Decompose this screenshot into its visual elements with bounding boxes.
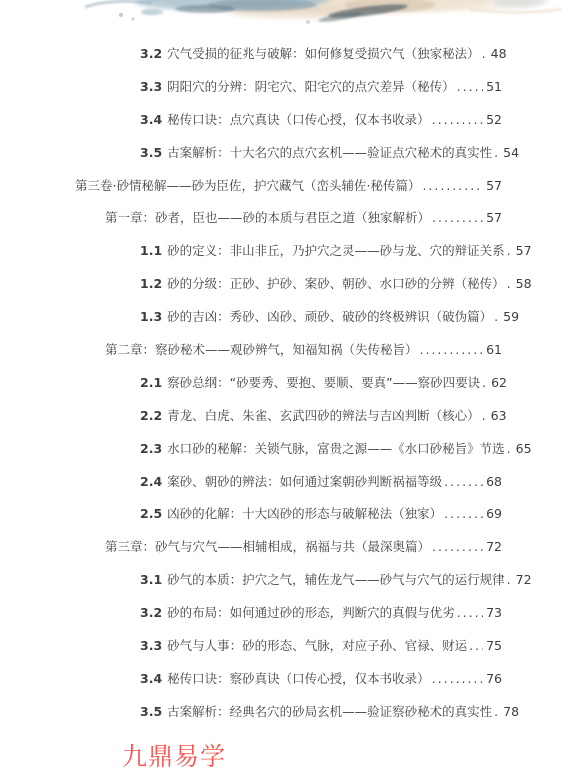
toc-page-number: 58 bbox=[516, 268, 532, 301]
toc-dot-leader: ........................................… bbox=[432, 202, 483, 235]
toc-entry[interactable]: 3.5 古案解析：十大名穴的点穴玄机——验证点穴秘术的真实性 .........… bbox=[0, 137, 502, 170]
toc-dot-leader: ........................................… bbox=[457, 597, 483, 630]
toc-entry-title: 秘传口诀：察砂真诀（口传心授，仅本书收录） bbox=[167, 663, 430, 696]
toc-dot-leader: ........................................… bbox=[494, 696, 500, 729]
toc-entry-number: 3.2 bbox=[140, 597, 162, 630]
toc-entry-title: 第一章：砂者，臣也——砂的本质与君臣之道（独家解析） bbox=[105, 202, 430, 235]
toc-entry-number: 1.3 bbox=[140, 301, 162, 334]
toc-entry-number: 2.5 bbox=[140, 498, 162, 531]
toc-entry-number: 3.4 bbox=[140, 663, 162, 696]
toc-entry-title: 砂气的本质：护穴之气，辅佐龙气——砂气与穴气的运行规律 bbox=[167, 564, 505, 597]
toc-page-number: 57 bbox=[486, 202, 502, 235]
toc-entry-title: 古案解析：十大名穴的点穴玄机——验证点穴秘术的真实性 bbox=[167, 137, 492, 170]
toc-dot-leader: ........................................… bbox=[432, 663, 483, 696]
toc-entry-number: 1.1 bbox=[140, 235, 162, 268]
toc-entry-title: 古案解析：经典名穴的砂局玄机——验证察砂秘术的真实性 bbox=[167, 696, 492, 729]
toc-entry-number: 3.1 bbox=[140, 564, 162, 597]
toc-dot-leader: ........................................… bbox=[457, 71, 483, 104]
toc-entry-number: 1.2 bbox=[140, 268, 162, 301]
toc-dot-leader: ........................................… bbox=[469, 630, 483, 663]
toc-page-number: 57 bbox=[486, 170, 502, 203]
toc-dot-leader: ........................................… bbox=[444, 466, 483, 499]
toc-entry-title: 砂的布局：如何通过砂的形态，判断穴的真假与优劣 bbox=[167, 597, 455, 630]
toc-entry[interactable]: 1.1 砂的定义：非山非丘，乃护穴之灵——砂与龙、穴的辩证关系 ........… bbox=[0, 235, 502, 268]
watermark-logo: 九鼎易学 bbox=[122, 737, 226, 773]
toc-page-number: 73 bbox=[486, 597, 502, 630]
toc-entry-title: 青龙、白虎、朱雀、玄武四砂的辨法与吉凶判断（核心） bbox=[167, 400, 480, 433]
toc-entry-number: 2.3 bbox=[140, 433, 162, 466]
toc-dot-leader: ........................................… bbox=[507, 433, 513, 466]
toc-page-number: 69 bbox=[486, 498, 502, 531]
toc-page-number: 51 bbox=[486, 71, 502, 104]
toc-entry-title: 案砂、朝砂的辨法：如何通过案朝砂判断祸福等级 bbox=[167, 466, 442, 499]
toc-page-number: 62 bbox=[491, 367, 507, 400]
toc-page-number: 59 bbox=[503, 301, 519, 334]
toc-entry[interactable]: 3.1 砂气的本质：护穴之气，辅佐龙气——砂气与穴气的运行规律 ........… bbox=[0, 564, 502, 597]
toc-entry[interactable]: 3.5 古案解析：经典名穴的砂局玄机——验证察砂秘术的真实性 .........… bbox=[0, 696, 502, 729]
toc-entry-title: 凶砂的化解：十大凶砂的形态与破解秘法（独家） bbox=[167, 498, 442, 531]
toc-dot-leader: ........................................… bbox=[507, 564, 513, 597]
toc-entry[interactable]: 3.2 穴气受损的征兆与破解：如何修复受损穴气（独家秘法） ..........… bbox=[0, 38, 502, 71]
toc-entry-title: 阴阳穴的分辨：阴宅穴、阳宅穴的点穴差异（秘传） bbox=[167, 71, 455, 104]
toc-dot-leader: ........................................… bbox=[422, 170, 483, 203]
toc-entry-number: 3.5 bbox=[140, 137, 162, 170]
toc-page-number: 78 bbox=[503, 696, 519, 729]
toc-entry-number: 3.3 bbox=[140, 71, 162, 104]
toc-dot-leader: ........................................… bbox=[420, 334, 484, 367]
toc-page-number: 68 bbox=[486, 466, 502, 499]
toc-entry[interactable]: 3.3 阴阳穴的分辨：阴宅穴、阳宅穴的点穴差异（秘传） ............… bbox=[0, 71, 502, 104]
toc-entry[interactable]: 第三卷·砂情秘解——砂为臣佐，护穴藏气（峦头辅佐·秘传篇） ..........… bbox=[0, 170, 502, 203]
toc-entry-number: 3.3 bbox=[140, 630, 162, 663]
toc-page-number: 52 bbox=[486, 104, 502, 137]
toc-page-number: 65 bbox=[516, 433, 532, 466]
toc-entry[interactable]: 2.1 察砂总纲：“砂要秀、要抱、要顺、要真”——察砂四要诀 .........… bbox=[0, 367, 502, 400]
toc-entry-title: 砂的分级：正砂、护砂、案砂、朝砂、水口砂的分辨（秘传） bbox=[167, 268, 505, 301]
toc-entry-title: 水口砂的秘解：关锁气脉，富贵之源——《水口砂秘旨》节选 bbox=[167, 433, 505, 466]
toc-entry[interactable]: 3.4 秘传口诀：点穴真诀（口传心授，仅本书收录） ..............… bbox=[0, 104, 502, 137]
toc-entry-title: 砂气与人事：砂的形态、气脉，对应子孙、官禄、财运 bbox=[167, 630, 467, 663]
toc-dot-leader: ........................................… bbox=[444, 498, 483, 531]
toc-entry-title: 砂的定义：非山非丘，乃护穴之灵——砂与龙、穴的辩证关系 bbox=[167, 235, 505, 268]
toc-entry[interactable]: 3.3 砂气与人事：砂的形态、气脉，对应子孙、官禄、财运 ...........… bbox=[0, 630, 502, 663]
toc-dot-leader: ........................................… bbox=[432, 104, 483, 137]
toc-dot-leader: ........................................… bbox=[482, 367, 488, 400]
toc-entry-number: 2.1 bbox=[140, 367, 162, 400]
watercolor-strokes bbox=[85, 0, 562, 24]
toc-page-number: 75 bbox=[486, 630, 502, 663]
toc-entry-title: 第三卷·砂情秘解——砂为臣佐，护穴藏气（峦头辅佐·秘传篇） bbox=[75, 170, 420, 203]
toc-dot-leader: ........................................… bbox=[507, 268, 513, 301]
toc-dot-leader: ........................................… bbox=[494, 301, 500, 334]
toc-entry-number: 3.2 bbox=[140, 38, 162, 71]
table-of-contents: 3.2 穴气受损的征兆与破解：如何修复受损穴气（独家秘法） ..........… bbox=[0, 38, 502, 729]
toc-entry-title: 穴气受损的征兆与破解：如何修复受损穴气（独家秘法） bbox=[167, 38, 480, 71]
toc-dot-leader: ........................................… bbox=[482, 400, 488, 433]
toc-entry-title: 察砂总纲：“砂要秀、要抱、要顺、要真”——察砂四要诀 bbox=[167, 367, 480, 400]
toc-entry-number: 2.4 bbox=[140, 466, 162, 499]
toc-entry[interactable]: 2.2 青龙、白虎、朱雀、玄武四砂的辨法与吉凶判断（核心） ..........… bbox=[0, 400, 502, 433]
toc-page-number: 76 bbox=[486, 663, 502, 696]
toc-entry[interactable]: 3.2 砂的布局：如何通过砂的形态，判断穴的真假与优劣 ............… bbox=[0, 597, 502, 630]
toc-entry[interactable]: 2.4 案砂、朝砂的辨法：如何通过案朝砂判断祸福等级 .............… bbox=[0, 466, 502, 499]
toc-entry[interactable]: 2.5 凶砂的化解：十大凶砂的形态与破解秘法（独家） .............… bbox=[0, 498, 502, 531]
toc-dot-leader: ........................................… bbox=[482, 38, 488, 71]
toc-dot-leader: ........................................… bbox=[432, 531, 483, 564]
toc-entry[interactable]: 第三章：砂气与穴气——相辅相成，祸福与共（最深奥篇） .............… bbox=[0, 531, 502, 564]
toc-page-number: 63 bbox=[491, 400, 507, 433]
toc-entry[interactable]: 3.4 秘传口诀：察砂真诀（口传心授，仅本书收录） ..............… bbox=[0, 663, 502, 696]
toc-entry[interactable]: 第一章：砂者，臣也——砂的本质与君臣之道（独家解析） .............… bbox=[0, 202, 502, 235]
toc-entry-number: 2.2 bbox=[140, 400, 162, 433]
toc-entry-title: 第三章：砂气与穴气——相辅相成，祸福与共（最深奥篇） bbox=[105, 531, 430, 564]
toc-page-number: 54 bbox=[503, 137, 519, 170]
toc-page-number: 72 bbox=[516, 564, 532, 597]
toc-page-number: 57 bbox=[516, 235, 532, 268]
toc-entry-number: 3.4 bbox=[140, 104, 162, 137]
toc-entry[interactable]: 2.3 水口砂的秘解：关锁气脉，富贵之源——《水口砂秘旨》节选 ........… bbox=[0, 433, 502, 466]
toc-entry[interactable]: 1.2 砂的分级：正砂、护砂、案砂、朝砂、水口砂的分辨（秘传） ........… bbox=[0, 268, 502, 301]
toc-entry-title: 秘传口诀：点穴真诀（口传心授，仅本书收录） bbox=[167, 104, 430, 137]
toc-entry-number: 3.5 bbox=[140, 696, 162, 729]
toc-page-number: 61 bbox=[486, 334, 502, 367]
toc-entry-title: 第二章：察砂秘术——观砂辨气，知福知祸（失传秘旨） bbox=[105, 334, 418, 367]
toc-page: 3.2 穴气受损的征兆与破解：如何修复受损穴气（独家秘法） ..........… bbox=[0, 0, 580, 779]
toc-dot-leader: ........................................… bbox=[494, 137, 500, 170]
toc-entry-title: 砂的吉凶：秀砂、凶砂、顽砂、破砂的终极辨识（破伪篇） bbox=[167, 301, 492, 334]
toc-entry[interactable]: 1.3 砂的吉凶：秀砂、凶砂、顽砂、破砂的终极辨识（破伪篇） .........… bbox=[0, 301, 502, 334]
toc-dot-leader: ........................................… bbox=[507, 235, 513, 268]
header-watercolor-art bbox=[0, 0, 580, 34]
toc-entry[interactable]: 第二章：察砂秘术——观砂辨气，知福知祸（失传秘旨） ..............… bbox=[0, 334, 502, 367]
toc-page-number: 48 bbox=[491, 38, 507, 71]
toc-page-number: 72 bbox=[486, 531, 502, 564]
